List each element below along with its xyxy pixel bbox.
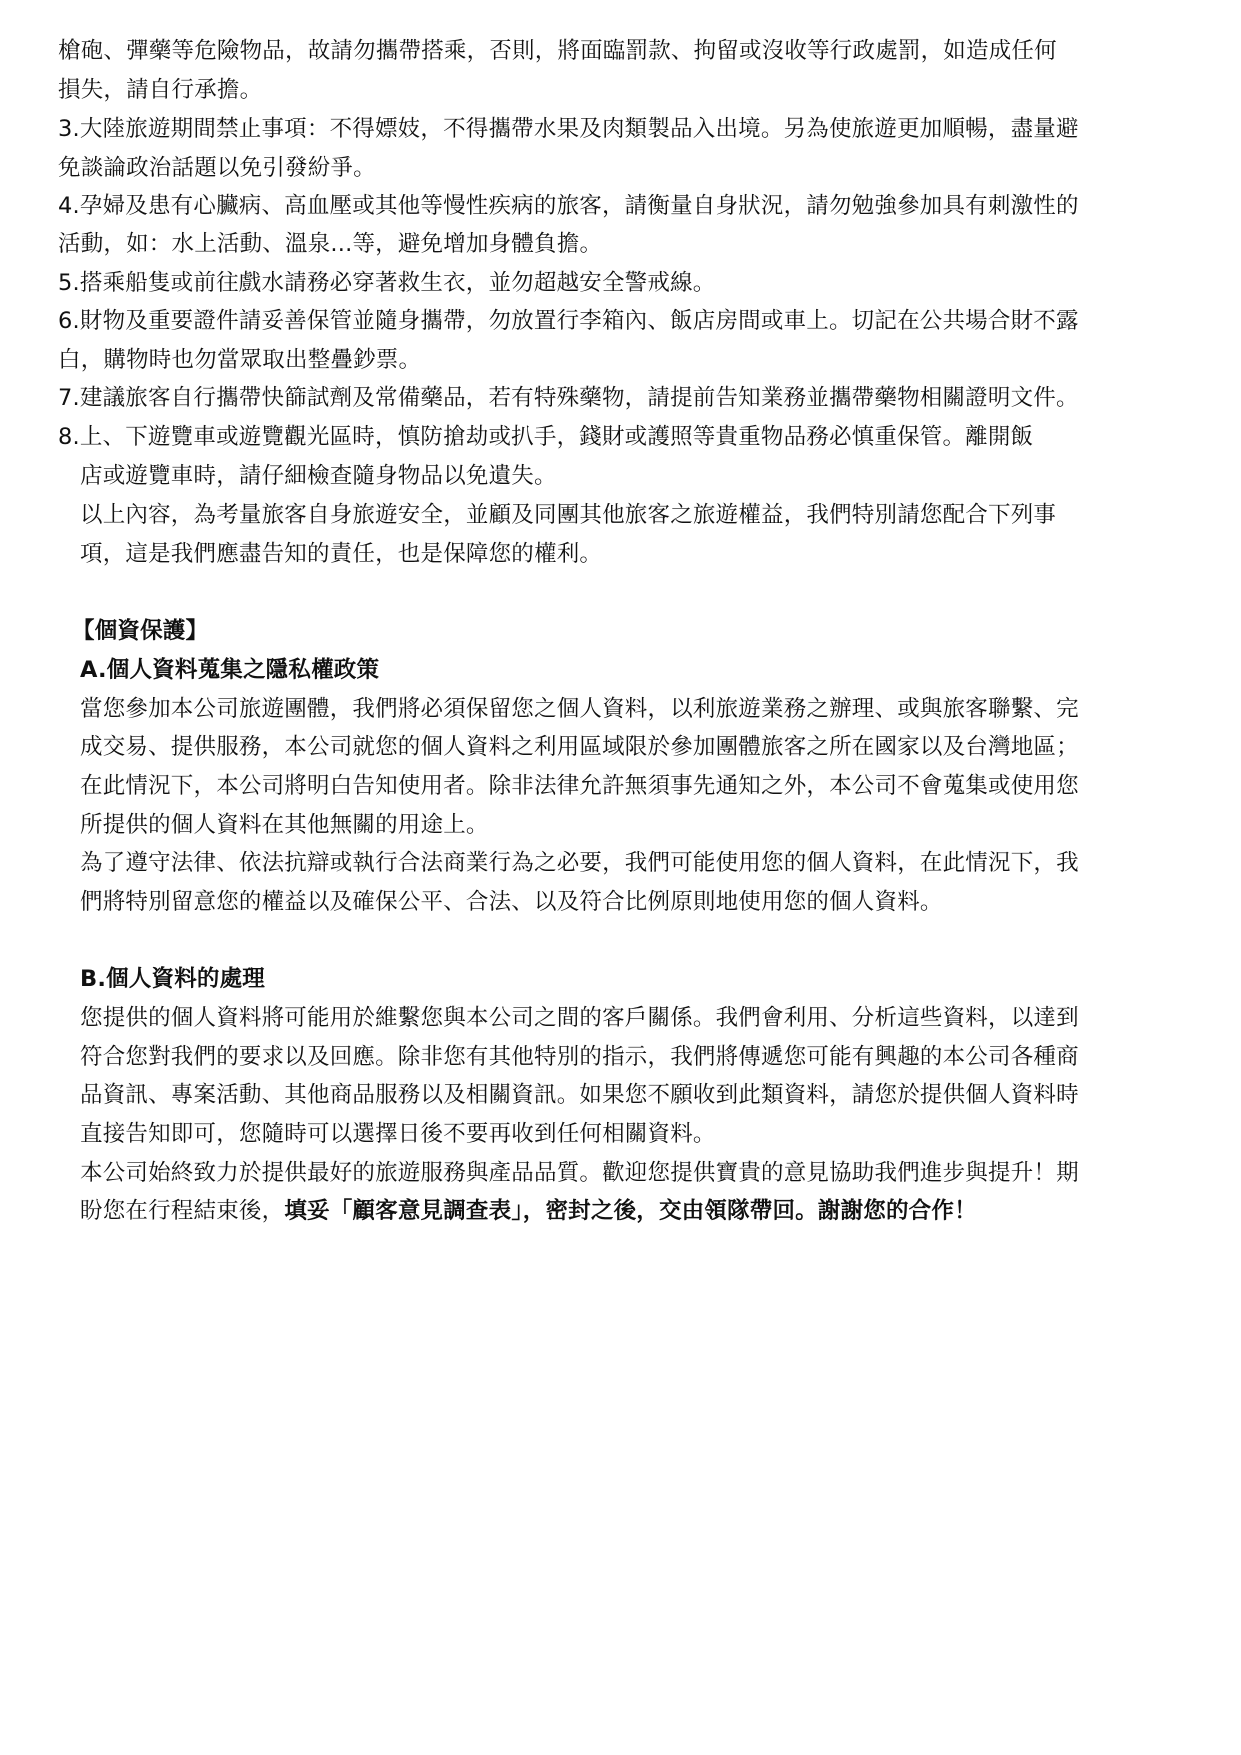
- closing-line-1: 以上內容，為考量旅客自身旅遊安全，並顧及同團其他旅客之旅遊權益，我們特別請您配合…: [80, 500, 1056, 530]
- document-page: 槍砲、彈藥等危險物品，故請勿攜帶搭乘，否則，將面臨罰款、拘留或沒收等行政處罰，如…: [0, 0, 1241, 1755]
- privacy-b-line-3: 品資訊、專案活動、其他商品服務以及相關資訊。如果您不願收到此類資料，請您於提供個…: [80, 1080, 1079, 1110]
- item8-line-2: 店或遊覽車時，請仔細檢查隨身物品以免遺失。: [80, 461, 557, 491]
- item8-line-1: 8.上、下遊覽車或遊覽觀光區時，慎防搶劫或扒手，錢財或護照等貴重物品務必慎重保管…: [58, 422, 1033, 452]
- privacy-section-title: 【個資保護】: [72, 616, 208, 646]
- privacy-b-line-4: 直接告知即可，您隨時可以選擇日後不要再收到任何相關資料。: [80, 1119, 716, 1149]
- privacy-a-line-3: 在此情況下，本公司將明白告知使用者。除非法律允許無須事先通知之外，本公司不會蒐集…: [80, 771, 1079, 801]
- privacy-b-last-line: 盼您在行程結束後，填妥「顧客意見調查表」，密封之後，交由領隊帶回。謝謝您的合作！: [80, 1196, 977, 1226]
- privacy-b-line-1: 您提供的個人資料將可能用於維繫您與本公司之間的客戶關係。我們會利用、分析這些資料…: [80, 1003, 1079, 1033]
- closing-line-2: 項，這是我們應盡告知的責任，也是保障您的權利。: [80, 539, 602, 569]
- item2-line-2: 損失，請自行承擔。: [58, 75, 262, 105]
- privacy-a-line-5: 為了遵守法律、依法抗辯或執行合法商業行為之必要，我們可能使用您的個人資料，在此情…: [80, 848, 1079, 878]
- item4-line-1: 4.孕婦及患有心臟病、高血壓或其他等慢性疾病的旅客，請衡量自身狀況，請勿勉強參加…: [58, 191, 1079, 221]
- privacy-b-last-line-plain: 盼您在行程結束後，: [80, 1198, 284, 1224]
- privacy-b-line-5: 本公司始終致力於提供最好的旅遊服務與產品品質。歡迎您提供寶貴的意見協助我們進步與…: [80, 1158, 1079, 1188]
- item7-line-1: 7.建議旅客自行攜帶快篩試劑及常備藥品，若有特殊藥物，請提前告知業務並攜帶藥物相…: [58, 383, 1079, 413]
- privacy-a-line-4: 所提供的個人資料在其他無關的用途上。: [80, 810, 489, 840]
- item6-line-2: 白，購物時也勿當眾取出整疊鈔票。: [58, 345, 421, 375]
- privacy-b-last-line-bold: 填妥「顧客意見調查表」，密封之後，交由領隊帶回。謝謝您的合作！: [284, 1198, 976, 1224]
- item2-line-1: 槍砲、彈藥等危險物品，故請勿攜帶搭乘，否則，將面臨罰款、拘留或沒收等行政處罰，如…: [58, 36, 1057, 66]
- item4-line-2: 活動，如：水上活動、溫泉...等，避免增加身體負擔。: [58, 229, 602, 259]
- item3-line-1: 3.大陸旅遊期間禁止事項：不得嫖妓，不得攜帶水果及肉類製品入出境。另為使旅遊更加…: [58, 114, 1079, 144]
- privacy-b-line-2: 符合您對我們的要求以及回應。除非您有其他特別的指示，我們將傳遞您可能有興趣的本公…: [80, 1042, 1079, 1072]
- privacy-a-line-1: 當您參加本公司旅遊團體，我們將必須保留您之個人資料，以利旅遊業務之辦理、或與旅客…: [80, 694, 1079, 724]
- item5-line-1: 5.搭乘船隻或前往戲水請務必穿著救生衣，並勿超越安全警戒線。: [58, 268, 715, 298]
- privacy-a-line-2: 成交易、提供服務，本公司就您的個人資料之利用區域限於參加團體旅客之所在國家以及台…: [80, 732, 1079, 762]
- privacy-a-heading: A.個人資料蒐集之隱私權政策: [80, 655, 379, 685]
- item6-line-1: 6.財物及重要證件請妥善保管並隨身攜帶，勿放置行李箱內、飯店房間或車上。切記在公…: [58, 306, 1079, 336]
- item3-line-2: 免談論政治話題以免引發紛爭。: [58, 153, 376, 183]
- privacy-a-line-6: 們將特別留意您的權益以及確保公平、合法、以及符合比例原則地使用您的個人資料。: [80, 887, 943, 917]
- privacy-b-heading: B.個人資料的處理: [80, 964, 265, 994]
